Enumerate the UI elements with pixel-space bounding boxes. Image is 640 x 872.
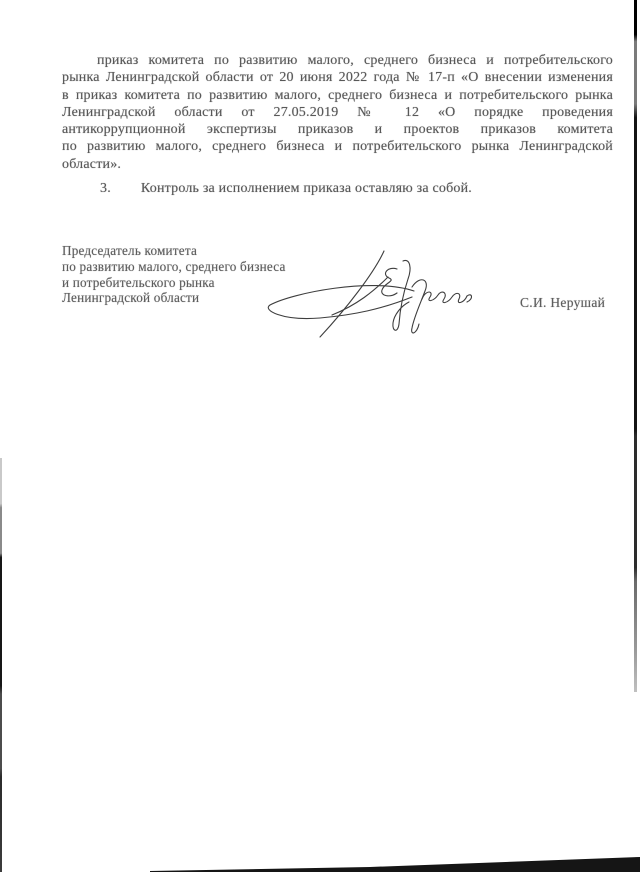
paragraph-line: области».: [62, 156, 613, 173]
scan-artifact-right-edge: [634, 0, 637, 692]
scan-artifact-left-edge: [0, 458, 2, 872]
paragraph-line: рынка Ленинградской области от 20 июня 2…: [62, 69, 613, 86]
scan-artifact-bottom-edge: [0, 855, 640, 872]
paragraph-line: приказ комитета по развитию малого, сред…: [62, 52, 613, 69]
item-number: 3.: [100, 181, 111, 196]
paragraph-line: Ленинградской области от 27.05.2019 № 12…: [62, 104, 613, 121]
handwritten-signature-icon: [262, 247, 474, 341]
order-body-paragraph: приказ комитета по развитию малого, сред…: [62, 52, 613, 173]
order-item-3: 3.Контроль за исполнением приказа оставл…: [62, 180, 613, 197]
paragraph-line: антикоррупционной экспертизы приказов и …: [62, 121, 613, 138]
scanned-order-page: приказ комитета по развитию малого, сред…: [0, 0, 640, 872]
item-text: Контроль за исполнением приказа оставляю…: [141, 181, 472, 196]
paragraph-line: по развитию малого, среднего бизнеса и п…: [62, 138, 613, 155]
signer-name: С.И. Нерушай: [520, 295, 605, 311]
paragraph-line: в приказ комитета по развитию малого, ср…: [62, 87, 613, 104]
